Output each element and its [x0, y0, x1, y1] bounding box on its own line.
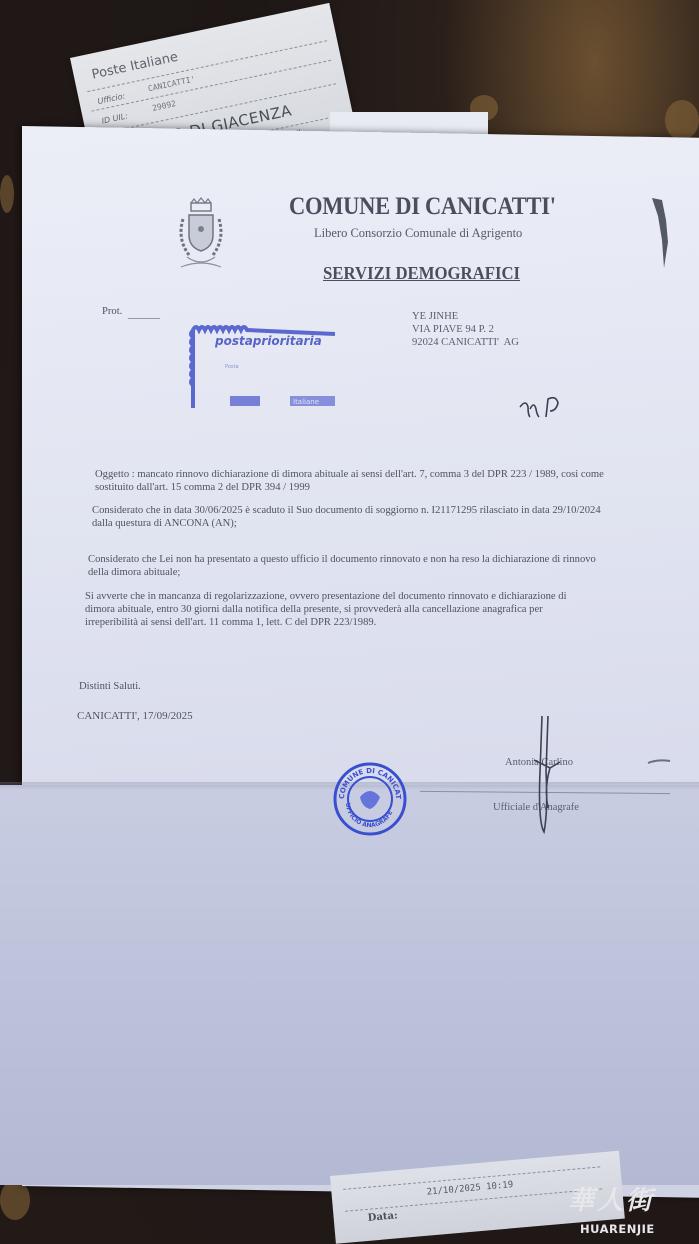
watermark-latin: HUARENJIE: [580, 1222, 655, 1236]
handwritten-note-icon: [518, 393, 568, 421]
stamp-line: Posta: [225, 364, 239, 370]
official-round-stamp-icon: COMUNE DI CANICATTI' UFFICIO ANAGRAFE: [332, 761, 408, 837]
letterhead-subtitle: Libero Consorzio Comunale di Agrigento: [314, 226, 522, 241]
torn-corner-mark: [648, 190, 670, 270]
paragraph-line: Considerato che in data 30/06/2025 è sca…: [92, 504, 601, 517]
subject-line: Oggetto : mancato rinnovo dichiarazione …: [95, 468, 604, 481]
closing-greeting: Distinti Saluti.: [79, 680, 141, 693]
protocol-label: Prot.: [102, 305, 122, 318]
recipient-street: VIA PIAVE 94 P. 2: [412, 323, 494, 336]
paper-mark-icon: [646, 757, 672, 767]
recipient-name: YE JINHE: [412, 310, 458, 323]
subject-line: sostituito dall'art. 15 comma 2 del DPR …: [95, 481, 310, 494]
protocol-value: ______: [128, 308, 160, 321]
receipt-id-value: 29092: [151, 99, 176, 113]
handwritten-signature-icon: [520, 712, 580, 842]
recipient-city: 92024 CANICATTI' AG: [412, 336, 519, 349]
table-speck: [0, 175, 14, 213]
paragraph-line: della dimora abituale;: [88, 566, 180, 579]
place-date: CANICATTI', 17/09/2025: [77, 710, 193, 723]
posta-prioritaria-stamp: postaprioritaria Posta Italiane: [185, 320, 337, 412]
site-watermark: 華人街 HUARENJIE: [560, 1180, 695, 1242]
watermark-chinese: 華人街: [568, 1180, 655, 1217]
receipt-brand: Poste Italiane: [91, 50, 180, 83]
stamp-block: [230, 396, 260, 406]
paragraph-line: dimora abituale, entro 30 giorni dalla n…: [85, 603, 543, 616]
letter-lower-fold: [0, 785, 699, 1185]
paragraph-line: dalla questura di ANCONA (AN);: [92, 517, 237, 530]
paragraph-line: Considerato che Lei non ha presentato a …: [88, 553, 596, 566]
paragraph-line: irreperibilità ai sensi dell'art. 11 com…: [85, 616, 376, 629]
stamp-footer: Italiane: [293, 398, 319, 406]
receipt-date-value: 21/10/2025 10:19: [426, 1180, 513, 1198]
coat-of-arms-icon: [173, 197, 229, 273]
letterhead-title: COMUNE DI CANICATTI': [289, 193, 556, 221]
receipt-id-label: ID UIL:: [101, 111, 129, 125]
letterhead-department: SERVIZI DEMOGRAFICI: [323, 263, 520, 284]
receipt-date-label: Data:: [367, 1210, 398, 1224]
stamp-label: postaprioritaria: [215, 334, 322, 348]
table-speck: [665, 100, 699, 140]
paragraph-line: Si avverte che in mancanza di regolarizz…: [85, 590, 567, 603]
